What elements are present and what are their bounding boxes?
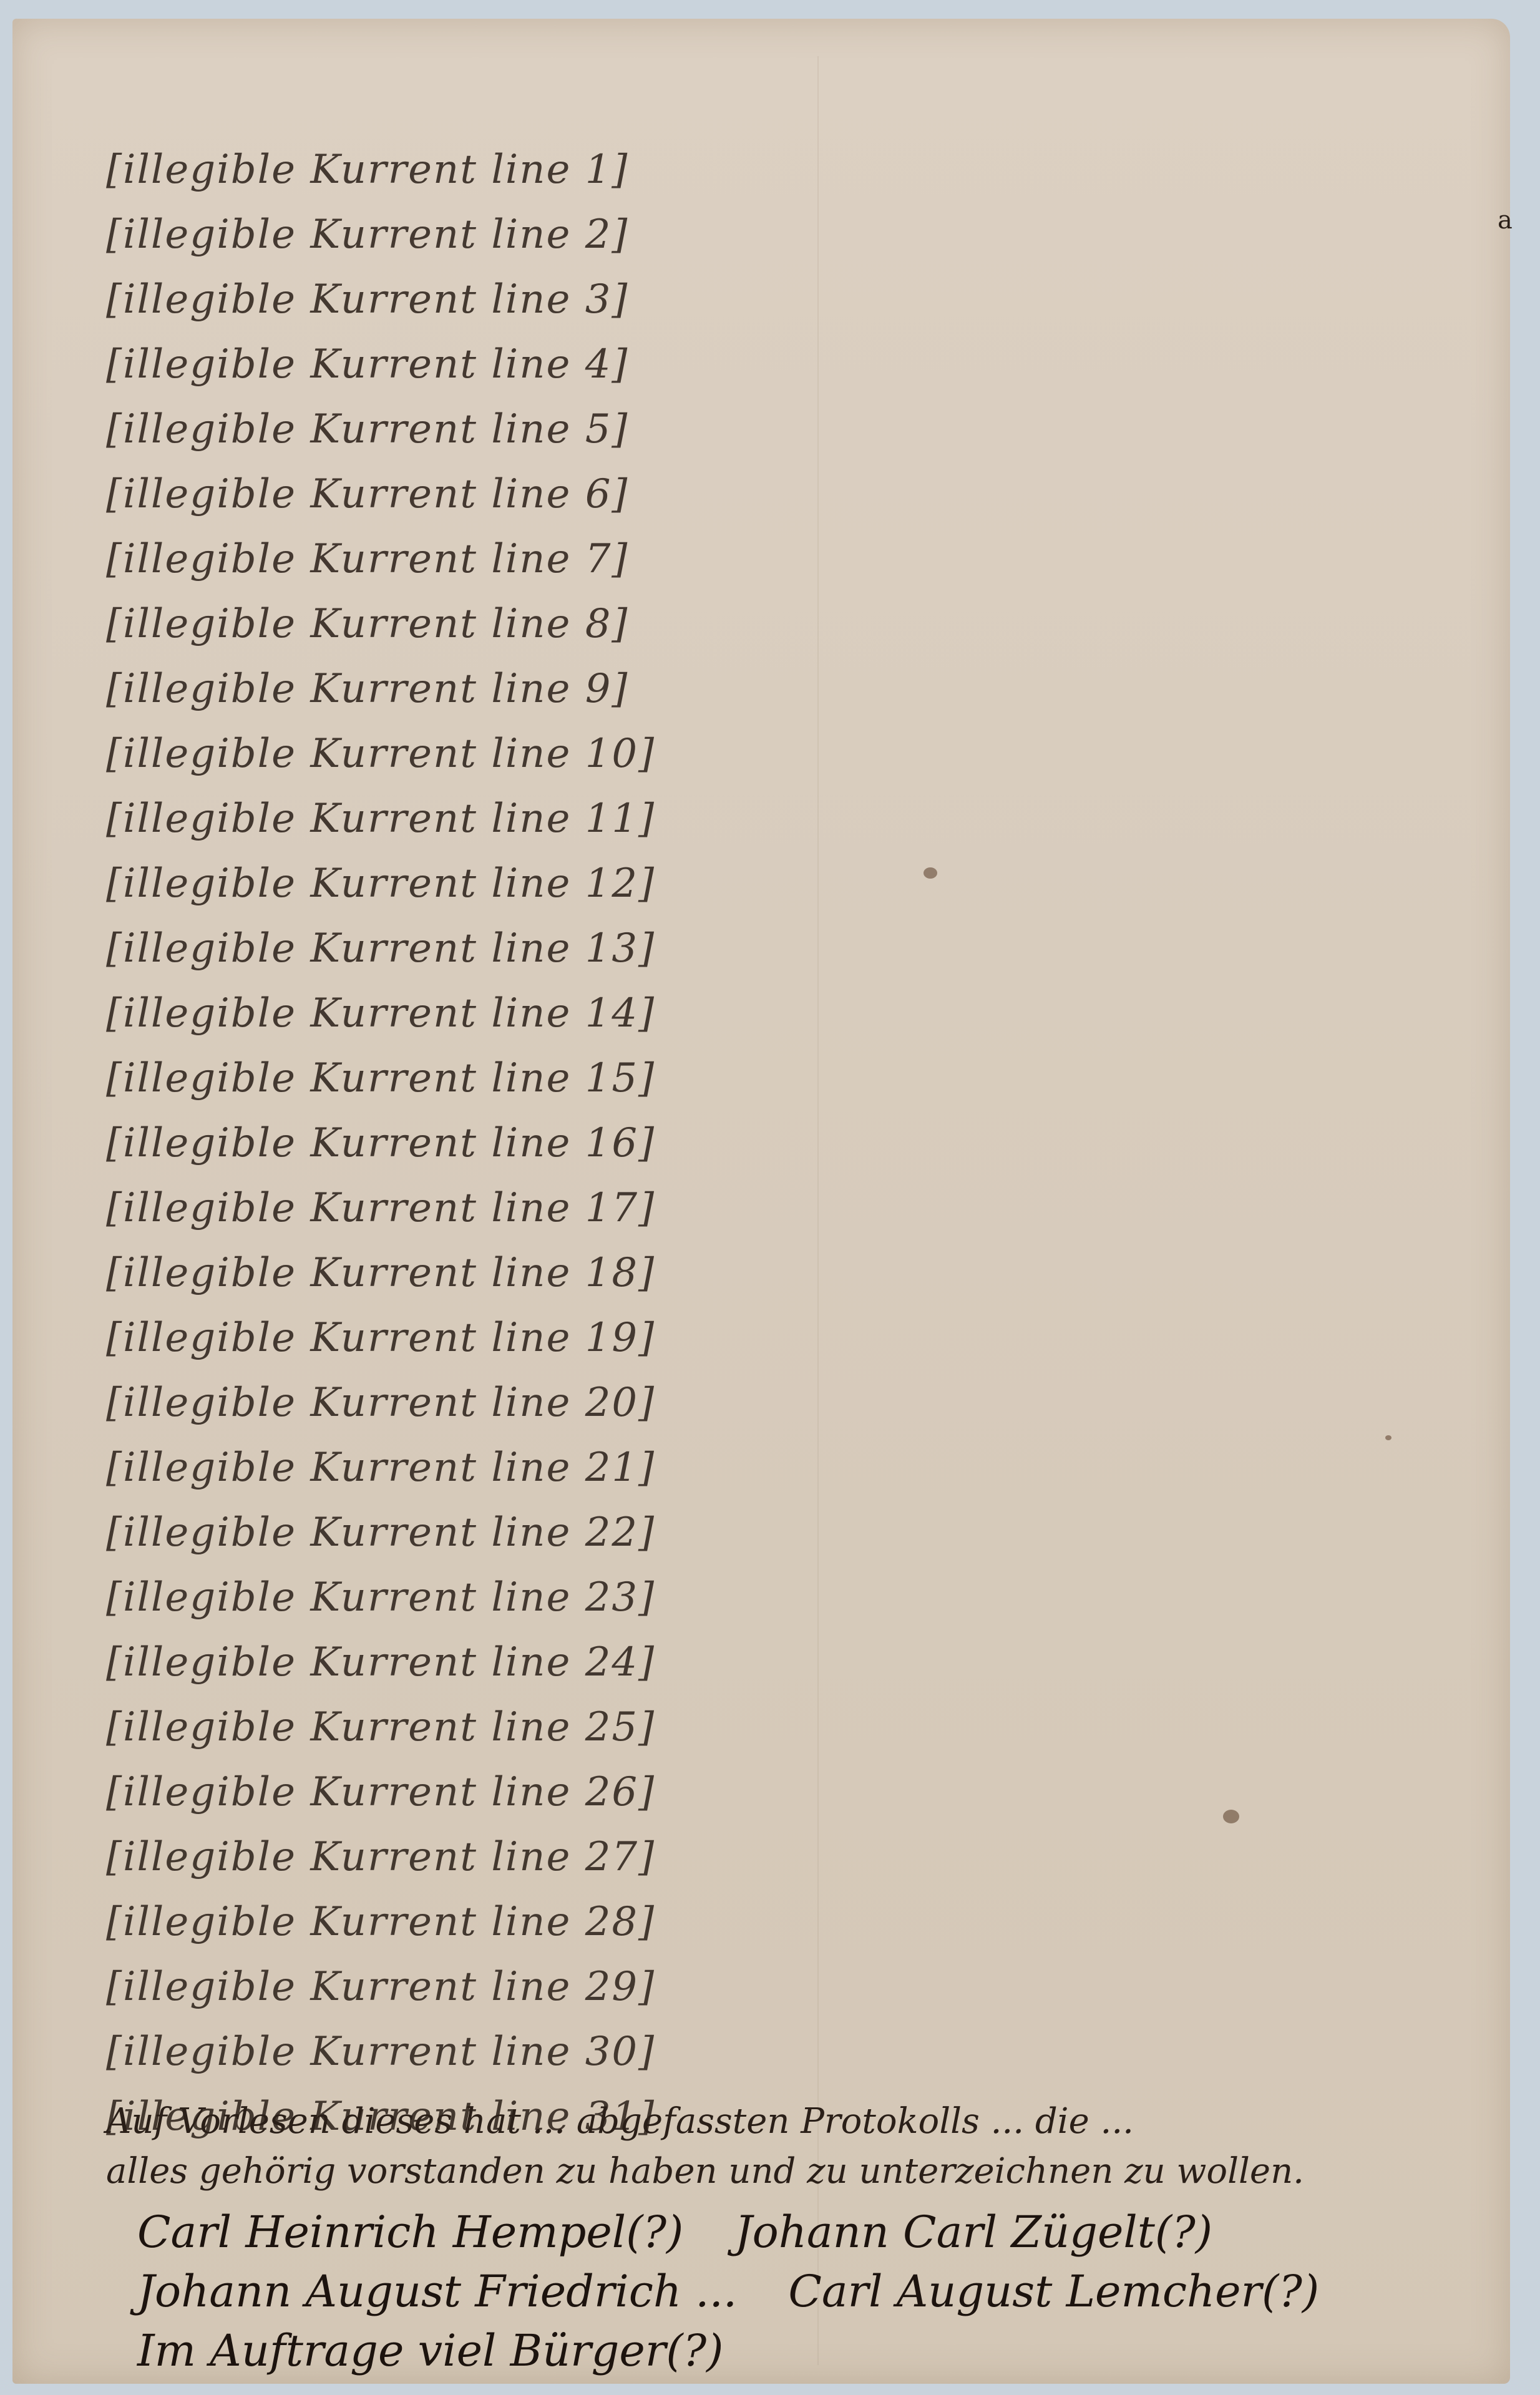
closing-line: Auf Vorlesen dieses hat ... abgefassten …: [106, 2097, 1510, 2147]
text-line: [illegible Kurrent line 12]: [106, 851, 980, 916]
text-line: [illegible Kurrent line 20]: [106, 1370, 980, 1435]
text-line: [illegible Kurrent line 22]: [106, 1500, 980, 1565]
page-mark: a: [1498, 206, 1513, 235]
text-line: [illegible Kurrent line 14]: [106, 981, 980, 1046]
text-line: [illegible Kurrent line 3]: [106, 267, 980, 332]
text-line: [illegible Kurrent line 28]: [106, 1890, 980, 1954]
text-line: [illegible Kurrent line 25]: [106, 1695, 980, 1760]
closing-line: alles gehörig vorstanden zu haben und zu…: [106, 2147, 1510, 2197]
signature-row: Im Auftrage viel Bürger(?): [137, 2321, 1510, 2381]
text-line: [illegible Kurrent line 27]: [106, 1825, 980, 1890]
body-text: [illegible Kurrent line 1] [illegible Ku…: [106, 137, 980, 2149]
signature-block: Carl Heinrich Hempel(?) Johann Carl Züge…: [137, 2203, 1510, 2381]
text-line: [illegible Kurrent line 13]: [106, 916, 980, 981]
text-line: [illegible Kurrent line 24]: [106, 1630, 980, 1695]
text-line: [illegible Kurrent line 11]: [106, 786, 980, 851]
text-line: [illegible Kurrent line 30]: [106, 2019, 980, 2084]
signature: Carl August Lemcher(?): [788, 2266, 1319, 2317]
ink-stain: [924, 867, 937, 879]
signature: Im Auftrage viel Bürger(?): [137, 2325, 723, 2376]
text-line: [illegible Kurrent line 4]: [106, 332, 980, 397]
signature-row: Johann August Friedrich ... Carl August …: [137, 2262, 1510, 2321]
text-line: [illegible Kurrent line 18]: [106, 1241, 980, 1305]
signature: Johann August Friedrich ...: [137, 2266, 737, 2317]
ink-stain: [1223, 1810, 1239, 1823]
text-line: [illegible Kurrent line 16]: [106, 1111, 980, 1176]
text-line: [illegible Kurrent line 6]: [106, 462, 980, 527]
text-line: [illegible Kurrent line 1]: [106, 137, 980, 202]
text-line: [illegible Kurrent line 29]: [106, 1954, 980, 2019]
text-line: [illegible Kurrent line 26]: [106, 1760, 980, 1825]
text-line: [illegible Kurrent line 17]: [106, 1176, 980, 1241]
manuscript-page: a [illegible Kurrent line 1] [illegible …: [12, 19, 1510, 2384]
closing-statement: Auf Vorlesen dieses hat ... abgefassten …: [106, 2097, 1510, 2197]
text-line: [illegible Kurrent line 8]: [106, 592, 980, 656]
text-line: [illegible Kurrent line 10]: [106, 721, 980, 786]
signature: Carl Heinrich Hempel(?): [137, 2207, 683, 2258]
text-line: [illegible Kurrent line 7]: [106, 527, 980, 592]
text-line: [illegible Kurrent line 19]: [106, 1305, 980, 1370]
text-line: [illegible Kurrent line 2]: [106, 202, 980, 267]
ink-stain: [1385, 1435, 1391, 1440]
text-line: [illegible Kurrent line 15]: [106, 1046, 980, 1111]
text-line: [illegible Kurrent line 23]: [106, 1565, 980, 1630]
text-line: [illegible Kurrent line 21]: [106, 1435, 980, 1500]
text-line: [illegible Kurrent line 9]: [106, 656, 980, 721]
text-line: [illegible Kurrent line 5]: [106, 397, 980, 462]
signature-row: Carl Heinrich Hempel(?) Johann Carl Züge…: [137, 2203, 1510, 2262]
signature: Johann Carl Zügelt(?): [735, 2207, 1212, 2258]
